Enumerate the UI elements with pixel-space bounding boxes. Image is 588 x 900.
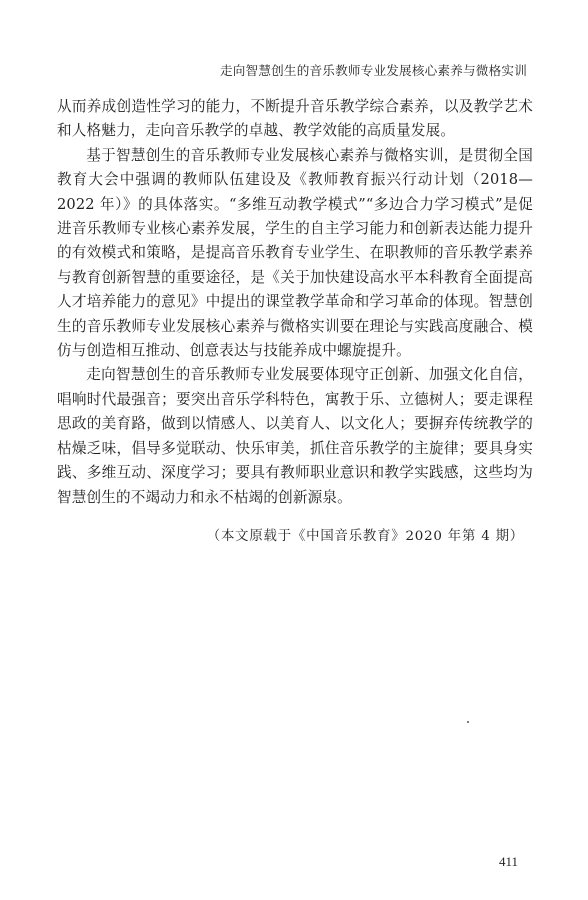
- paragraph-3: 走向智慧创生的音乐教师专业发展要体现守正创新、加强文化自信，唱响时代最强音；要突…: [57, 363, 533, 509]
- scan-speck: [467, 721, 469, 723]
- paragraph-2: 基于智慧创生的音乐教师专业发展核心素养与微格实训，是贯彻全国教育大会中强调的教师…: [57, 144, 533, 364]
- source-citation: （本文原载于《中国音乐教育》2020 年第 4 期）: [207, 525, 524, 544]
- article-body: 从而养成创造性学习的能力，不断提升音乐教学综合素养，以及教学艺术和人格魅力，走向…: [57, 95, 533, 510]
- running-header-title: 走向智慧创生的音乐教师专业发展核心素养与微格实训: [220, 60, 527, 79]
- paragraph-continued: 从而养成创造性学习的能力，不断提升音乐教学综合素养，以及教学艺术和人格魅力，走向…: [57, 95, 533, 144]
- page-number: 411: [499, 854, 518, 870]
